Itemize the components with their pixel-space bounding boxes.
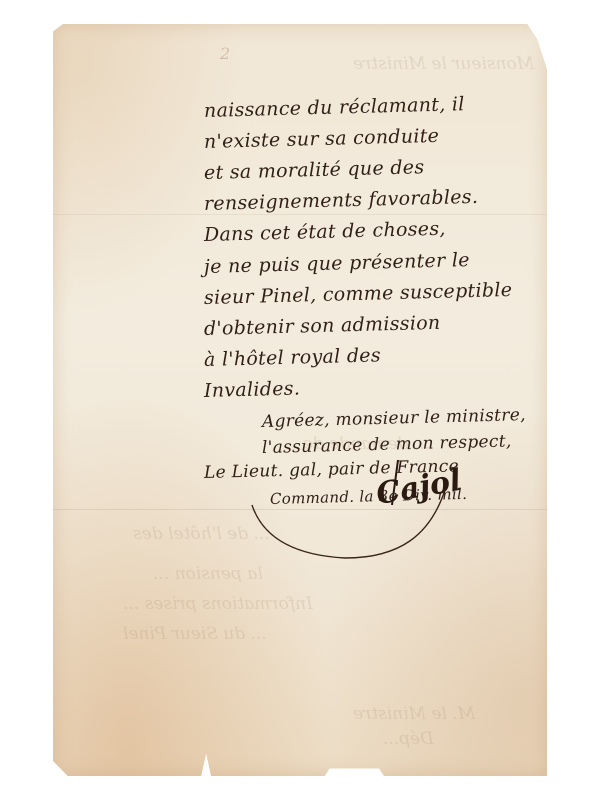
letter-line: Invalides. xyxy=(204,377,301,402)
page-number: 2 xyxy=(220,44,230,63)
letter-line: à l'hôtel royal des xyxy=(204,344,381,371)
bleed-through-text: Monsieur le Ministre xyxy=(353,54,534,74)
bleed-through-text: ... de l'hôtel des xyxy=(133,524,270,544)
bleed-through-text: ... du Sieur Pinel xyxy=(123,624,267,644)
fold-line xyxy=(53,509,547,510)
bleed-through-text: la pension ... xyxy=(153,564,263,584)
bleed-through-text: Informations prises ... xyxy=(123,594,313,614)
bleed-through-text: M. le Ministre xyxy=(353,704,475,724)
document-stage: Monsieur le Ministre ... demande de ... … xyxy=(0,0,600,800)
bleed-through-text: Dép... xyxy=(383,729,434,749)
fold-line xyxy=(53,214,547,215)
